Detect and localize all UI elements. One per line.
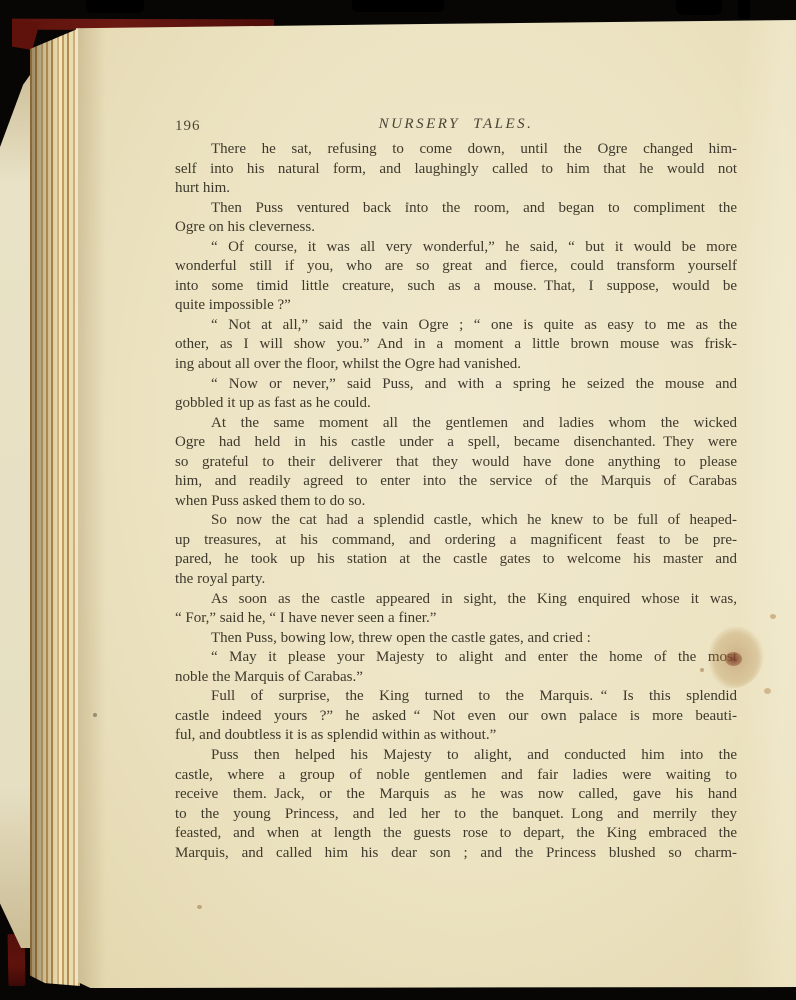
paragraph: “ Of course, it was all very wonderful,”… [175,238,737,316]
text-line: noble the Marquis of Carabas.” [175,668,737,688]
body-text: There he sat, refusing to come down, unt… [175,140,737,863]
text-line: Then Puss, bowing low, threw open the ca… [175,629,737,649]
text-line: receive them. Jack, or the Marquis as he… [175,785,737,805]
text-line: hurt him. [175,179,737,199]
backdrop-shadow-blob [352,0,444,12]
stain-dot [764,688,771,694]
text-line: castle, where a group of noble gentlemen… [175,766,737,786]
paper-speck [651,143,654,146]
text-line: so grateful to their deliverer that they… [175,453,737,473]
text-line: ing about all over the floor, whilst the… [175,355,737,375]
paragraph: “ Now or never,” said Puss, and with a s… [175,375,737,414]
text-line: him, and readily agreed to enter into th… [175,472,737,492]
stain-dot [700,668,704,672]
backdrop-shadow-blob [676,0,722,15]
backdrop-shadow-blob [738,0,750,19]
text-line: “ For,” said he, “ I have never seen a f… [175,609,737,629]
text-line: Ogre on his cleverness. [175,218,737,238]
text-line: Then Puss ventured back into the room, a… [175,199,737,219]
paragraph: “ May it please your Majesty to alight a… [175,648,737,687]
text-line: other, as I will show you.” And in a mom… [175,335,737,355]
backdrop-shadow-blob [86,0,144,13]
paragraph: There he sat, refusing to come down, unt… [175,140,737,199]
book-photo-scene: 196 NURSERY TALES. There he sat, refusin… [0,0,796,1000]
paragraph: Puss then helped his Majesty to alight, … [175,746,737,863]
text-line: up treasures, at his command, and orderi… [175,531,737,551]
text-line: “ May it please your Majesty to alight a… [175,648,737,668]
paragraph: Full of surprise, the King turned to the… [175,687,737,746]
book-page: 196 NURSERY TALES. There he sat, refusin… [76,20,796,988]
text-line: wonderful still if you, who are so great… [175,257,737,277]
stain-dot [770,614,776,619]
paper-speck [93,713,97,717]
paragraph: “ Not at all,” said the vain Ogre ; “ on… [175,316,737,375]
running-title: NURSERY TALES. [175,116,737,133]
paragraph: Then Puss ventured back into the room, a… [175,199,737,238]
text-line: to the young Princess, and led her to th… [175,805,737,825]
text-line: So now the cat had a splendid castle, wh… [175,511,737,531]
text-line: Marquis, and called him his dear son ; a… [175,844,737,864]
page-edges-stack [30,26,80,986]
text-line: “ Not at all,” said the vain Ogre ; “ on… [175,316,737,336]
paper-speck [406,202,409,205]
text-line: self into his natural form, and laughing… [175,160,737,180]
text-line: the royal party. [175,570,737,590]
text-line: “ Now or never,” said Puss, and with a s… [175,375,737,395]
text-line: castle indeed yours ?” he asked “ Not ev… [175,707,737,727]
text-line: into some timid little creature, such as… [175,277,737,297]
text-line: Full of surprise, the King turned to the… [175,687,737,707]
page-header: 196 NURSERY TALES. [175,116,737,138]
text-line: ful, and doubtless it is as splendid wit… [175,726,737,746]
paper-speck [197,905,202,909]
text-line: pared, he took up his station at the cas… [175,550,737,570]
paragraph: Then Puss, bowing low, threw open the ca… [175,629,737,649]
text-line: At the same moment all the gentlemen and… [175,414,737,434]
book-cover-corner [12,22,40,50]
paragraph: As soon as the castle appeared in sight,… [175,590,737,629]
text-line: quite impossible ?” [175,296,737,316]
page-stain [708,626,764,688]
text-line: when Puss asked them to do so. [175,492,737,512]
paragraph: At the same moment all the gentlemen and… [175,414,737,512]
text-line: Ogre had held in his castle under a spel… [175,433,737,453]
text-line: “ Of course, it was all very wonderful,”… [175,238,737,258]
paragraph: So now the cat had a splendid castle, wh… [175,511,737,589]
text-line: feasted, and when at length the guests r… [175,824,737,844]
text-line: gobbled it up as fast as he could. [175,394,737,414]
text-line: As soon as the castle appeared in sight,… [175,590,737,610]
text-line: Puss then helped his Majesty to alight, … [175,746,737,766]
